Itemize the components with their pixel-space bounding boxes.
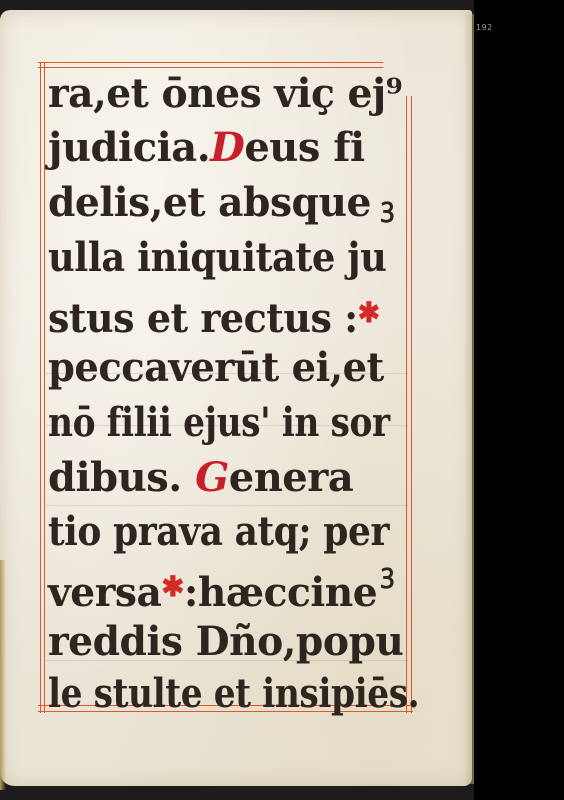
text-line-ink: ulla iniquitate ju	[48, 234, 386, 281]
frame-top-outer	[38, 62, 383, 63]
guide-line	[46, 505, 408, 506]
rubricated-initial-g: G	[195, 454, 229, 501]
text-line-ink: stus et rectus :	[48, 295, 358, 342]
text-line-ink: eus fi	[244, 124, 364, 171]
frame-left-outer	[40, 62, 41, 713]
text-line-ink: :hæccine	[184, 569, 377, 616]
frame-right-outer	[411, 96, 412, 713]
text-line-ink: judicia.	[48, 124, 210, 171]
custos-mark-icon: ꝫ	[381, 188, 394, 224]
text-line-ink: tio prava atq; per	[48, 508, 389, 555]
text-line: stus et rectus :✱	[48, 289, 380, 343]
frame-top-inner	[38, 67, 383, 68]
leaf-edge-left	[0, 560, 6, 790]
red-asterisk-icon: ✱	[161, 570, 184, 603]
text-line-ink: ra,et ōnes viç ej⁹	[48, 70, 402, 117]
text-line-ink: dibus.	[48, 454, 195, 501]
text-line-ink: enera	[229, 454, 353, 501]
red-asterisk-icon: ✱	[358, 296, 380, 329]
text-line: reddis Dño,popu	[48, 618, 403, 666]
text-line-ink: delis,et absque	[48, 179, 371, 226]
text-line: judicia.Deus fi	[48, 124, 365, 172]
text-line-ink: reddis Dño,popu	[48, 618, 403, 665]
text-line: delis,et absque	[48, 179, 371, 227]
text-line: le stulte et insipiēs.	[48, 670, 419, 718]
text-line: ra,et ōnes viç ej⁹	[48, 70, 402, 118]
custos-mark-icon: ꝫ	[381, 554, 394, 590]
text-line-ink: le stulte et insipiēs.	[48, 670, 419, 717]
frame-right-inner	[406, 96, 407, 713]
text-line-ink: nō filii ejus' in sor	[48, 399, 390, 446]
text-line: nō filii ejus' in sor	[48, 399, 390, 447]
text-line: ulla iniquitate ju	[48, 234, 386, 282]
text-line: dibus. Genera	[48, 454, 353, 502]
text-line: tio prava atq; per	[48, 508, 389, 556]
frame-left-inner	[44, 62, 45, 713]
leaf-edge-right	[464, 14, 474, 784]
text-line: peccaverūt ei,et	[48, 344, 384, 392]
folio-number: 192	[476, 23, 493, 32]
rubricated-initial-d: D	[210, 124, 244, 171]
backdrop-right	[474, 0, 564, 800]
text-line: versa✱:hæccine	[48, 563, 377, 617]
text-line-ink: versa	[48, 569, 161, 616]
text-line-ink: peccaverūt ei,et	[48, 344, 384, 391]
